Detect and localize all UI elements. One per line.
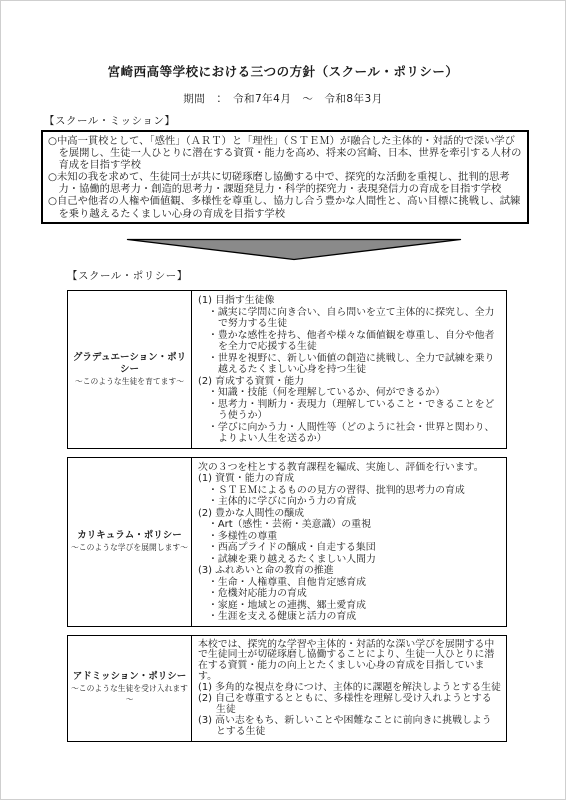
policy-line: ・誠実に学問に向き合い、自ら問いを立て主体的に探究し、全力で努力する生徒	[198, 307, 501, 330]
policy-row-header: アドミッション・ポリシー ～このような生徒を受け入れます～	[68, 636, 192, 741]
policy-line: ・危機対応能力の育成	[198, 588, 501, 600]
policy-title: アドミッション・ポリシー	[73, 671, 187, 683]
policy-row-body: 次の３つを柱とする教育課程を編成、実施し、評価を行います。 (1) 資質・能力の…	[192, 458, 506, 626]
policy-line: (1) 資質・能力の育成	[198, 473, 501, 485]
policy-line: (3) 高い志をもち、新しいことや困難なことに前向きに挑戦しようとする生徒	[198, 716, 501, 738]
policy-line: ・多様性の尊重	[198, 531, 501, 543]
policy-row-body: 本校では、探究的な学習や主体的・対話的な深い学びを展開する中で生徒同士が切磋琢磨…	[192, 636, 506, 741]
policy-row-body: (1) 目指す生徒像 ・誠実に学問に向き合い、自ら問いを立て主体的に探究し、全力…	[192, 291, 506, 448]
policy-line: (3) ふれあいと命の教育の推進	[198, 565, 501, 577]
policy-line: ・家庭・地域との連携、郷土愛育成	[198, 600, 501, 612]
mission-item: ○未知の我を求めて、生徒同士が共に切磋琢磨し協働する中で、探究的な活動を重視し、…	[48, 171, 522, 195]
policy-line: (1) 目指す生徒像	[198, 295, 501, 307]
policy-subtitle: ～このような生徒を受け入れます～	[69, 683, 190, 705]
policy-row-header: カリキュラム・ポリシー ～このような学びを展開します～	[68, 458, 192, 626]
mission-section-heading: 【スクール・ミッション】	[44, 113, 175, 128]
mission-item: ○中高一貫校として、「感性」（ＡＲＴ）と「理性」（ＳＴＥＭ）が融合した主体的・対…	[48, 135, 522, 171]
policy-line: 本校では、探究的な学習や主体的・対話的な深い学びを展開する中で生徒同士が切磋琢磨…	[198, 640, 501, 684]
document-page: 宮崎西高等学校における三つの方針（スクール・ポリシー） 期間 ： 令和7年4月 …	[0, 0, 566, 800]
down-arrow-icon	[126, 238, 462, 261]
policy-row-header: グラデュエーション・ポリシー ～このような生徒を育てます～	[68, 291, 192, 448]
policy-line: ・学びに向かう力・人間性等（どのように社会・世界と関わり、よりよい人生を送るか）	[198, 422, 501, 445]
policy-row-graduation: グラデュエーション・ポリシー ～このような生徒を育てます～ (1) 目指す生徒像…	[67, 290, 507, 449]
policy-section-heading: 【スクール・ポリシー】	[67, 268, 188, 283]
policy-line: ・Art（感性・芸術・美意識）の重視	[198, 519, 501, 531]
policy-row-admission: アドミッション・ポリシー ～このような生徒を受け入れます～ 本校では、探究的な学…	[67, 635, 507, 742]
policy-line: ・生命・人権尊重、自他肯定感育成	[198, 577, 501, 589]
policy-line: ・ＳＴＥＭによるものの見方の習得、批判的思考力の育成	[198, 485, 501, 497]
policy-line: ・知識・技能（何を理解しているか、何ができるか）	[198, 387, 501, 399]
policy-title: カリキュラム・ポリシー	[77, 530, 181, 542]
policy-line: ・主体的に学びに向かう力の育成	[198, 496, 501, 508]
policy-line: (2) 育成する資質・能力	[198, 376, 501, 388]
policy-line: ・試練を乗り越えるたくましい人間力	[198, 554, 501, 566]
policy-row-curriculum: カリキュラム・ポリシー ～このような学びを展開します～ 次の３つを柱とする教育課…	[67, 457, 507, 627]
mission-item: ○自己や他者の人権や価値観、多様性を尊重し、協力し合う豊かな人間性と、高い目標に…	[48, 195, 522, 219]
policy-line: 次の３つを柱とする教育課程を編成、実施し、評価を行います。	[198, 462, 501, 474]
page-title: 宮崎西高等学校における三つの方針（スクール・ポリシー）	[1, 62, 565, 80]
policy-table: グラデュエーション・ポリシー ～このような生徒を育てます～ (1) 目指す生徒像…	[67, 290, 507, 742]
policy-line: ・豊かな感性を持ち、他者や様々な価値観を尊重し、自分や他者を全力で応援する生徒	[198, 330, 501, 353]
policy-title: グラデュエーション・ポリシー	[69, 352, 190, 376]
period-line: 期間 ： 令和7年4月 ～ 令和8年3月	[1, 91, 565, 106]
policy-subtitle: ～このような学びを展開します～	[71, 542, 188, 553]
policy-line: (2) 自己を尊重するとともに、多様性を理解し受け入れようとする生徒	[198, 694, 501, 716]
policy-line: ・西高プライドの醸成・自走する集団	[198, 542, 501, 554]
policy-line: ・世界を視野に、新しい価値の創造に挑戦し、全力で試練を乗り越えるたくましい心身を…	[198, 353, 501, 376]
policy-line: (2) 豊かな人間性の醸成	[198, 508, 501, 520]
policy-line: ・思考力・判断力・表現力（理解していること・できることをどう使うか）	[198, 399, 501, 422]
policy-subtitle: ～このような生徒を育てます～	[75, 376, 184, 387]
policy-line: ・生涯を支える健康と活力の育成	[198, 611, 501, 623]
mission-box: ○中高一貫校として、「感性」（ＡＲＴ）と「理性」（ＳＴＥＭ）が融合した主体的・対…	[41, 130, 529, 224]
